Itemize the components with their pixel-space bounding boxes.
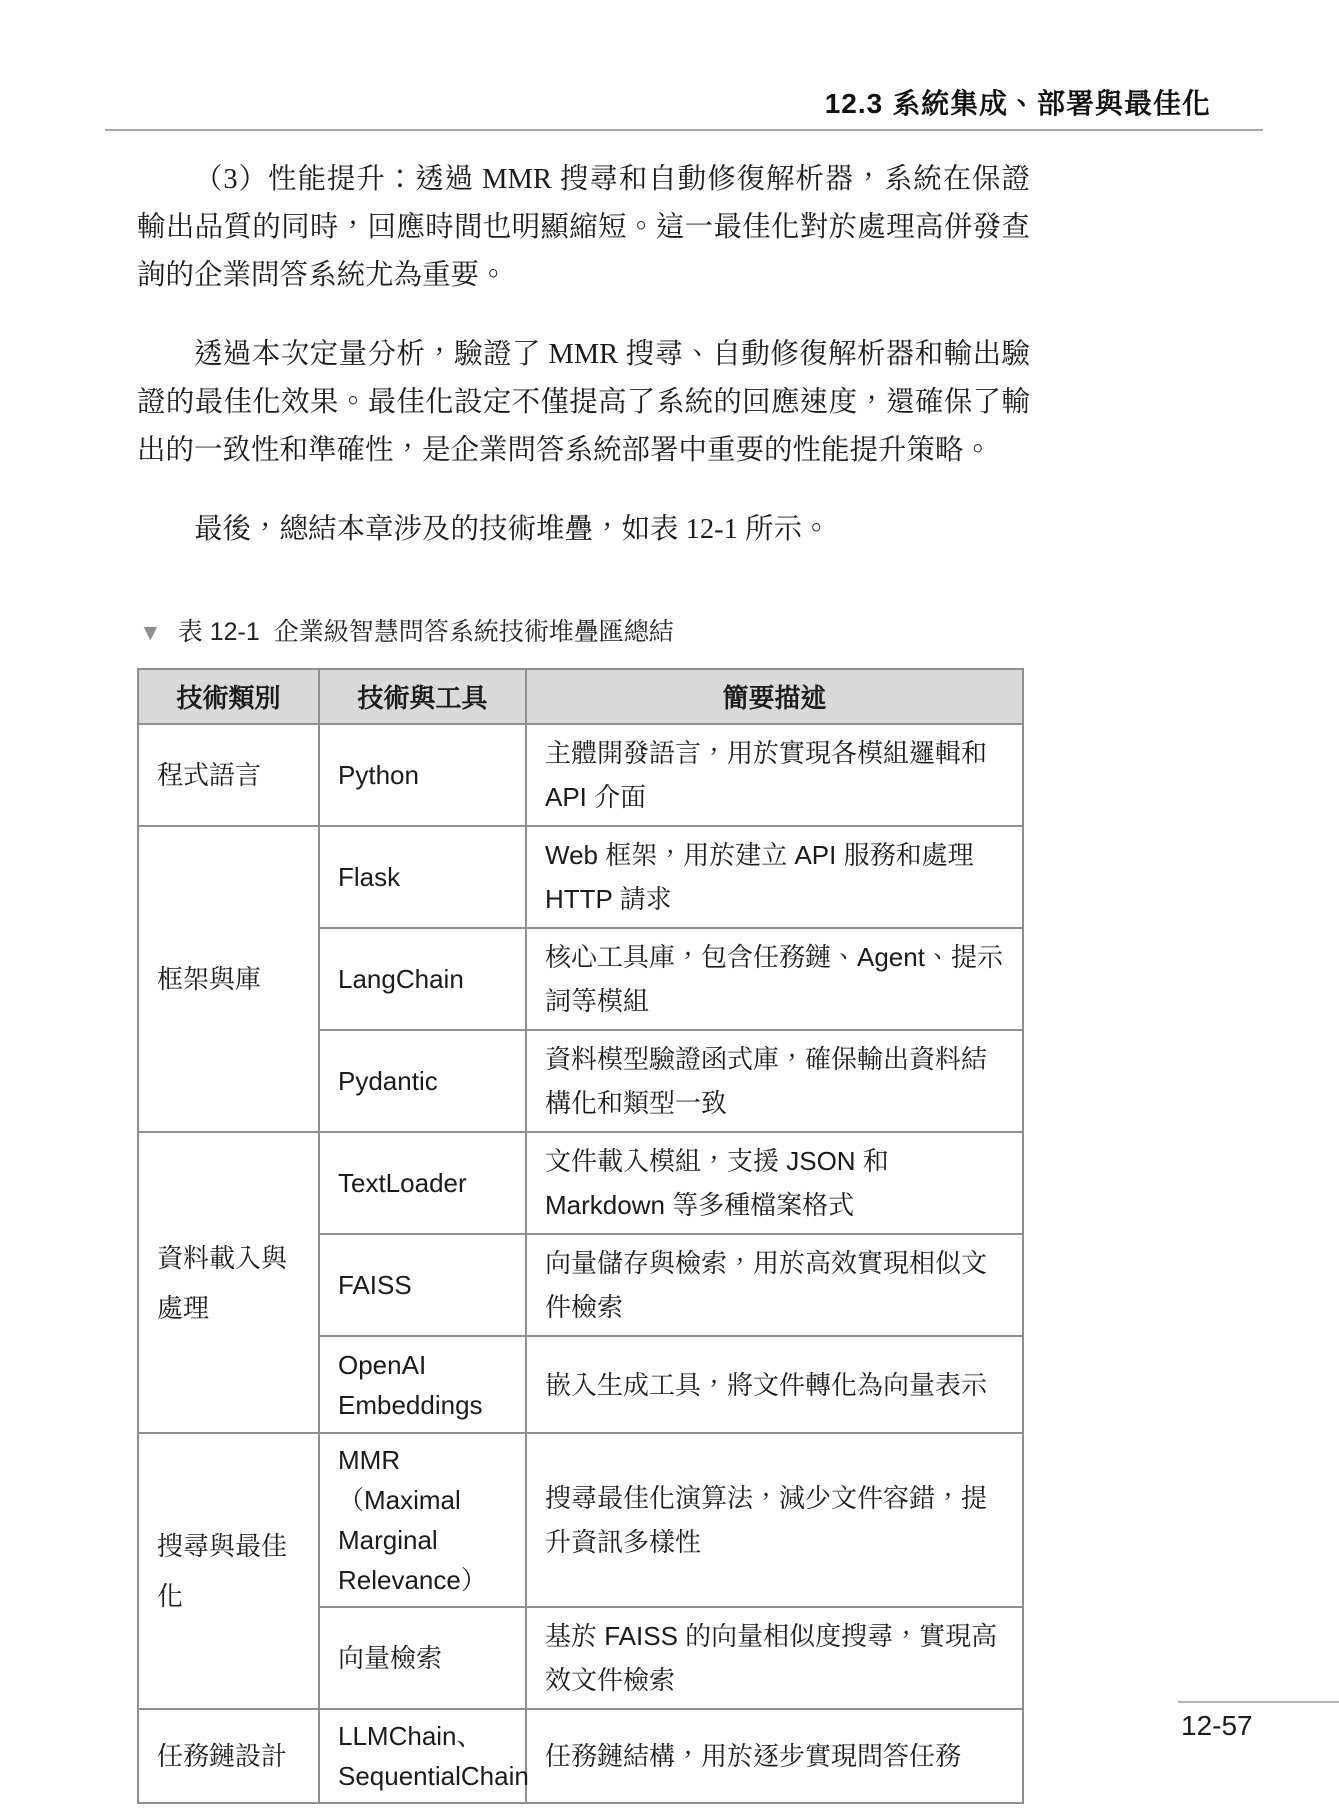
description-cell: 搜尋最佳化演算法，減少文件容錯，提升資訊多樣性 xyxy=(526,1433,1023,1607)
tech-stack-table: 技術類別 技術與工具 簡要描述 程式語言 Python 主體開發語言，用於實現各… xyxy=(137,668,1024,1804)
tool-cell: Flask xyxy=(319,826,526,928)
tool-cell: FAISS xyxy=(319,1234,526,1336)
tool-cell: Python xyxy=(319,724,526,826)
category-cell: 搜尋與最佳化 xyxy=(138,1433,319,1709)
tool-cell: 向量檢索 xyxy=(319,1607,526,1709)
description-cell: 嵌入生成工具，將文件轉化為向量表示 xyxy=(526,1336,1023,1433)
description-cell: 主體開發語言，用於實現各模組邏輯和 API 介面 xyxy=(526,724,1023,826)
description-cell: Web 框架，用於建立 API 服務和處理 HTTP 請求 xyxy=(526,826,1023,928)
page-number: 12-57 xyxy=(1181,1710,1253,1742)
table-caption-label: 表 12-1 xyxy=(178,618,260,646)
tool-cell: MMR（Maximal Marginal Relevance） xyxy=(319,1433,526,1607)
tool-cell: TextLoader xyxy=(319,1132,526,1234)
header-rule xyxy=(105,129,1263,131)
table-caption: ▼表 12-1企業級智慧問答系統技術堆疊匯總結 xyxy=(139,612,674,648)
table-header-row: 技術類別 技術與工具 簡要描述 xyxy=(138,669,1023,724)
table-row: 任務鏈設計 LLMChain、SequentialChain 任務鏈結構，用於逐… xyxy=(138,1709,1023,1803)
category-cell: 任務鏈設計 xyxy=(138,1709,319,1803)
footer-rule xyxy=(1178,1701,1339,1703)
description-cell: 基於 FAISS 的向量相似度搜尋，實現高效文件檢索 xyxy=(526,1607,1023,1709)
description-cell: 任務鏈結構，用於逐步實現問答任務 xyxy=(526,1709,1023,1803)
table-row: 框架與庫 Flask Web 框架，用於建立 API 服務和處理 HTTP 請求 xyxy=(138,826,1023,928)
tool-cell: LLMChain、SequentialChain xyxy=(319,1709,526,1803)
running-head: 12.3 系統集成、部署與最佳化 xyxy=(825,82,1211,122)
table-caption-title: 企業級智慧問答系統技術堆疊匯總結 xyxy=(274,618,674,646)
column-header-category: 技術類別 xyxy=(138,669,319,724)
table-row: 搜尋與最佳化 MMR（Maximal Marginal Relevance） 搜… xyxy=(138,1433,1023,1607)
tool-cell: LangChain xyxy=(319,928,526,1030)
description-cell: 向量儲存與檢索，用於高效實現相似文件檢索 xyxy=(526,1234,1023,1336)
column-header-description: 簡要描述 xyxy=(526,669,1023,724)
category-cell: 框架與庫 xyxy=(138,826,319,1132)
caption-triangle-icon: ▼ xyxy=(139,619,162,645)
paragraph: 最後，總結本章涉及的技術堆疊，如表 12-1 所示。 xyxy=(137,506,1030,554)
category-cell: 程式語言 xyxy=(138,724,319,826)
tool-cell: OpenAI Embeddings xyxy=(319,1336,526,1433)
description-cell: 資料模型驗證函式庫，確保輸出資料結構化和類型一致 xyxy=(526,1030,1023,1132)
description-cell: 文件載入模組，支援 JSON 和 Markdown 等多種檔案格式 xyxy=(526,1132,1023,1234)
paragraph: （3）性能提升：透過 MMR 搜尋和自動修復解析器，系統在保證輸出品質的同時，回… xyxy=(137,156,1030,300)
category-cell: 資料載入與處理 xyxy=(138,1132,319,1433)
table-row: 資料載入與處理 TextLoader 文件載入模組，支援 JSON 和 Mark… xyxy=(138,1132,1023,1234)
table-row: 程式語言 Python 主體開發語言，用於實現各模組邏輯和 API 介面 xyxy=(138,724,1023,826)
description-cell: 核心工具庫，包含任務鏈、Agent、提示詞等模組 xyxy=(526,928,1023,1030)
paragraph: 透過本次定量分析，驗證了 MMR 搜尋、自動修復解析器和輸出驗證的最佳化效果。最… xyxy=(137,331,1030,475)
column-header-tool: 技術與工具 xyxy=(319,669,526,724)
book-page: 12.3 系統集成、部署與最佳化 （3）性能提升：透過 MMR 搜尋和自動修復解… xyxy=(0,0,1339,1812)
tool-cell: Pydantic xyxy=(319,1030,526,1132)
body-text: （3）性能提升：透過 MMR 搜尋和自動修復解析器，系統在保證輸出品質的同時，回… xyxy=(137,156,1030,585)
